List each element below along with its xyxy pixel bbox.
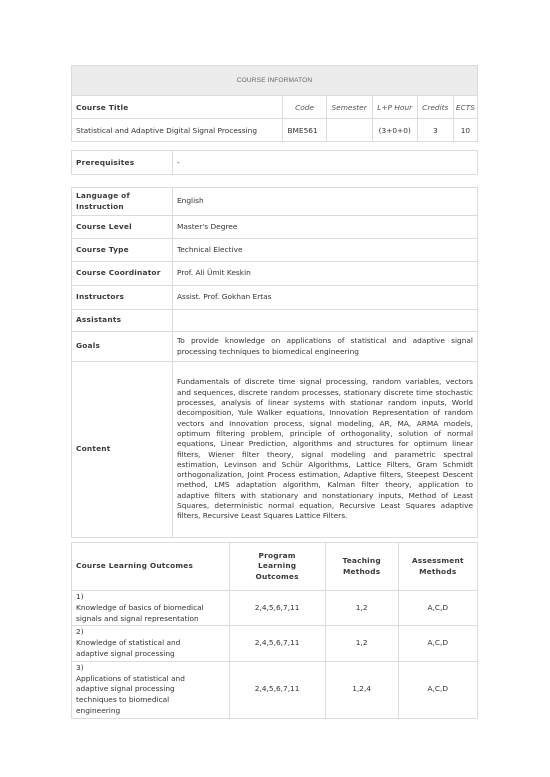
credits-header: Credits bbox=[417, 96, 453, 119]
detail-value: Assist. Prof. Gokhan Ertas bbox=[173, 286, 478, 310]
detail-row-coordinator: Course Coordinator Prof. Ali Ümit Keskin bbox=[72, 262, 478, 286]
outcome-header: Course Learning Outcomes bbox=[72, 543, 230, 591]
course-information-table: COURSE INFORMATON Course Title Code Seme… bbox=[71, 65, 478, 142]
detail-label: Course Type bbox=[72, 239, 173, 262]
assessment-methods-value: A,C,D bbox=[398, 661, 477, 718]
outcome-number: 1) bbox=[76, 592, 91, 603]
program-outcomes-value: 2,4,5,6,7,11 bbox=[229, 591, 325, 626]
program-outcomes-value: 2,4,5,6,7,11 bbox=[229, 626, 325, 661]
teaching-methods-header: Teaching Methods bbox=[325, 543, 398, 591]
detail-row-language: Language of Instruction English bbox=[72, 188, 478, 216]
detail-value: Technical Elective bbox=[173, 239, 478, 262]
detail-value: Prof. Ali Ümit Keskin bbox=[173, 262, 478, 286]
detail-value: Fundamentals of discrete time signal pro… bbox=[173, 362, 478, 538]
lp-hour-header: L+P Hour bbox=[372, 96, 417, 119]
detail-row-type: Course Type Technical Elective bbox=[72, 239, 478, 262]
teaching-methods-value: 1,2,4 bbox=[325, 661, 398, 718]
outcome-number: 2) bbox=[76, 627, 91, 638]
prerequisites-value: - bbox=[173, 151, 478, 175]
teaching-methods-value: 1,2 bbox=[325, 591, 398, 626]
outcome-text: Knowledge of basics of biomedical signal… bbox=[76, 603, 210, 625]
detail-row-instructors: Instructors Assist. Prof. Gokhan Ertas bbox=[72, 286, 478, 310]
outcome-number: 3) bbox=[76, 663, 91, 674]
code-value: BME561 bbox=[283, 119, 326, 142]
detail-row-assistants: Assistants bbox=[72, 310, 478, 332]
assessment-methods-value: A,C,D bbox=[398, 591, 477, 626]
detail-label: Goals bbox=[72, 332, 173, 362]
detail-value bbox=[173, 310, 478, 332]
teaching-methods-value: 1,2 bbox=[325, 626, 398, 661]
course-information-banner: COURSE INFORMATON bbox=[72, 66, 478, 96]
outcome-row: 1)Knowledge of basics of biomedical sign… bbox=[72, 591, 478, 626]
course-details-table: Language of Instruction English Course L… bbox=[71, 187, 478, 538]
detail-row-goals: Goals To provide knowledge on applicatio… bbox=[72, 332, 478, 362]
code-header: Code bbox=[283, 96, 326, 119]
assessment-methods-value: A,C,D bbox=[398, 626, 477, 661]
detail-label: Language of Instruction bbox=[72, 188, 173, 216]
course-title-header: Course Title bbox=[72, 96, 283, 119]
prerequisites-table: Prerequisites - bbox=[71, 150, 478, 175]
course-title-value: Statistical and Adaptive Digital Signal … bbox=[72, 119, 283, 142]
prerequisites-label: Prerequisites bbox=[72, 151, 173, 175]
detail-row-level: Course Level Master's Degree bbox=[72, 216, 478, 239]
detail-label: Content bbox=[72, 362, 173, 538]
credits-value: 3 bbox=[417, 119, 453, 142]
outcome-row: 3)Applications of statistical and adapti… bbox=[72, 661, 478, 718]
ects-value: 10 bbox=[453, 119, 477, 142]
detail-row-content: Content Fundamentals of discrete time si… bbox=[72, 362, 478, 538]
detail-label: Course Coordinator bbox=[72, 262, 173, 286]
program-outcomes-header: Program Learning Outcomes bbox=[229, 543, 325, 591]
detail-label: Course Level bbox=[72, 216, 173, 239]
learning-outcomes-table: Course Learning Outcomes Program Learnin… bbox=[71, 542, 478, 719]
semester-value bbox=[326, 119, 372, 142]
program-outcomes-value: 2,4,5,6,7,11 bbox=[229, 661, 325, 718]
outcome-row: 2)Knowledge of statistical and adaptive … bbox=[72, 626, 478, 661]
outcome-text: Knowledge of statistical and adaptive si… bbox=[76, 638, 210, 660]
outcome-text: Applications of statistical and adaptive… bbox=[76, 674, 210, 717]
ects-header: ECTS bbox=[453, 96, 477, 119]
detail-label: Instructors bbox=[72, 286, 173, 310]
detail-label: Assistants bbox=[72, 310, 173, 332]
assessment-methods-header: Assessment Methods bbox=[398, 543, 477, 591]
semester-header: Semester bbox=[326, 96, 372, 119]
detail-value: To provide knowledge on applications of … bbox=[173, 332, 478, 362]
detail-value: Master's Degree bbox=[173, 216, 478, 239]
lp-hour-value: (3+0+0) bbox=[372, 119, 417, 142]
detail-value: English bbox=[173, 188, 478, 216]
